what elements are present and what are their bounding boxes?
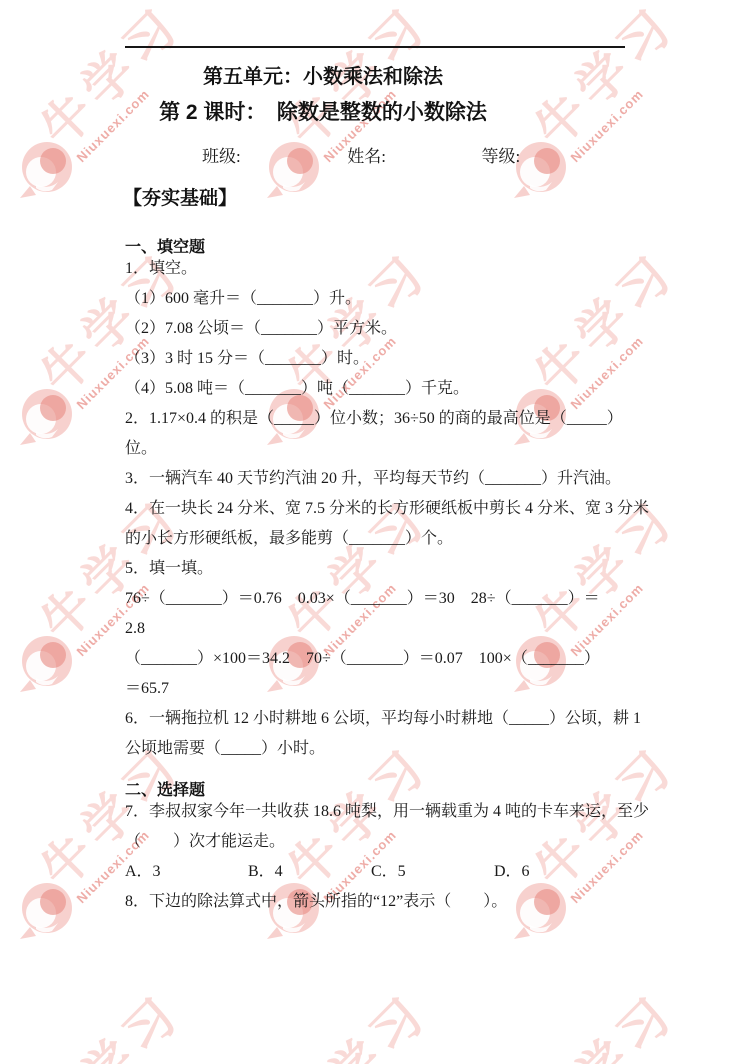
- body-line: 4．在一块长 24 分米、宽 7.5 分米的长方形硬纸板中剪长 4 分米、宽 3…: [125, 494, 685, 524]
- student-info-row: 班级: 姓名: 等级:: [202, 142, 520, 167]
- choice-option: D．6: [494, 857, 530, 887]
- choice-option: B．4: [248, 857, 371, 887]
- question8-line: 8．下边的除法算式中，箭头所指的“12”表示（ ）。: [125, 887, 685, 917]
- body-line: （1）600 毫升＝（_______）升。: [125, 284, 685, 314]
- body-line: 的小长方形硬纸板，最多能剪（_______）个。: [125, 524, 685, 554]
- body-line: 7．李叔叔家今年一共收获 18.6 吨梨，用一辆载重为 4 吨的卡车来运，至少: [125, 797, 685, 827]
- body-line: 公顷地需要（_____）小时。: [125, 734, 685, 764]
- name-field-label: 姓名:: [347, 142, 477, 167]
- section-basics-heading: 【夯实基础】: [123, 183, 237, 210]
- question7-options: A．3B．4C．5D．6: [125, 857, 685, 887]
- grade-field-label: 等级:: [482, 142, 521, 167]
- worksheet-page: 牛学习 Niuxuexi.com 第五单元：小数乘法和除法 第 2 课时： 除数…: [0, 0, 752, 1064]
- body-line: （2）7.08 公顷＝（_______）平方米。: [125, 314, 685, 344]
- body-line: 76÷（_______）＝0.76 0.03×（_______）＝30 28÷（…: [125, 584, 685, 614]
- header-rule: [125, 46, 625, 48]
- body-line: （ ）次才能运走。: [125, 827, 685, 857]
- body-line: 2．1.17×0.4 的积是（_____）位小数；36÷50 的商的最高位是（_…: [125, 404, 685, 434]
- unit-title: 第五单元：小数乘法和除法: [0, 60, 646, 89]
- part2-body: 7．李叔叔家今年一共收获 18.6 吨梨，用一辆载重为 4 吨的卡车来运，至少（…: [125, 797, 685, 917]
- body-line: 位。: [125, 434, 685, 464]
- body-line: （3）3 时 15 分＝（_______）时。: [125, 344, 685, 374]
- body-line: 6．一辆拖拉机 12 小时耕地 6 公顷，平均每小时耕地（_____）公顷，耕 …: [125, 704, 685, 734]
- choice-option: A．3: [125, 857, 248, 887]
- question7-lines: 7．李叔叔家今年一共收获 18.6 吨梨，用一辆载重为 4 吨的卡车来运，至少（…: [125, 797, 685, 857]
- body-line: 5．填一填。: [125, 554, 685, 584]
- class-field-label: 班级:: [202, 142, 343, 167]
- body-line: （4）5.08 吨＝（_______）吨（_______）千克。: [125, 374, 685, 404]
- choice-option: C．5: [371, 857, 494, 887]
- body-line: 1．填空。: [125, 254, 685, 284]
- part1-body: 1．填空。（1）600 毫升＝（_______）升。（2）7.08 公顷＝（__…: [125, 254, 685, 764]
- body-line: （_______）×100＝34.2 70÷（_______）＝0.07 100…: [125, 644, 685, 674]
- body-line: ＝65.7: [125, 674, 685, 704]
- body-line: 3．一辆汽车 40 天节约汽油 20 升，平均每天节约（_______）升汽油。: [125, 464, 685, 494]
- body-line: 2.8: [125, 614, 685, 644]
- lesson-title: 第 2 课时： 除数是整数的小数除法: [0, 96, 646, 126]
